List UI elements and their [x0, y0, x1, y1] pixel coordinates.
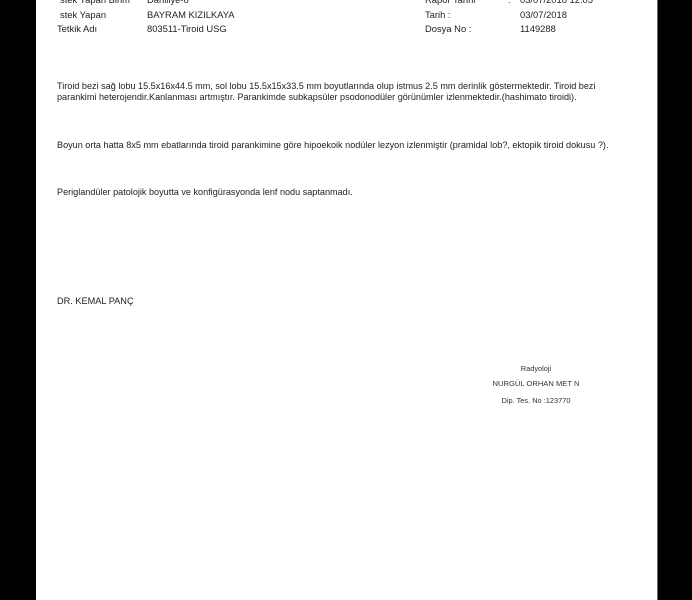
signature-diploma: Dip. Tes. No :123770 — [476, 396, 596, 405]
header-value-date: 03/07/2018 — [520, 9, 567, 21]
header-value-report-date: 03/07/2018 12:05 — [520, 0, 593, 6]
header-label-requester: stek Yapan — [60, 9, 106, 21]
signature-name: NURGÜL ORHAN MET N — [476, 379, 596, 388]
report-paragraph-neck: Boyun orta hatta 8x5 mm ebatlarında tiro… — [57, 140, 637, 151]
header-label-report-date: Rapor Tarihi — [425, 0, 475, 6]
report-paragraph-lymph: Periglandüler patolojik boyutta ve konfi… — [57, 187, 637, 198]
header-value-file-no: 1149288 — [520, 23, 556, 35]
header-label-file-no: Dosya No : — [425, 23, 471, 35]
report-paragraph-thyroid: Tiroid bezi sağ lobu 15.5x16x44.5 mm, so… — [57, 81, 637, 103]
page-edge-divider — [657, 0, 658, 600]
header-sep-report-date: : — [508, 0, 511, 6]
header-value-requesting-unit: Dahiliye-6 — [147, 0, 189, 6]
header-label-requesting-unit: stek Yapan Birim — [60, 0, 130, 6]
header-value-exam-name: 803511-Tiroid USG — [147, 23, 227, 35]
header-value-requester: BAYRAM KIZILKAYA — [147, 9, 235, 21]
header-label-exam-name: Tetkik Adı — [57, 23, 97, 35]
report-doctor: DR. KEMAL PANÇ — [57, 296, 134, 306]
report-page: stek Yapan Birim Dahiliye-6 stek Yapan B… — [36, 0, 657, 600]
signature-department: Radyoloji — [476, 364, 596, 373]
header-label-date: Tarih : — [425, 9, 451, 21]
